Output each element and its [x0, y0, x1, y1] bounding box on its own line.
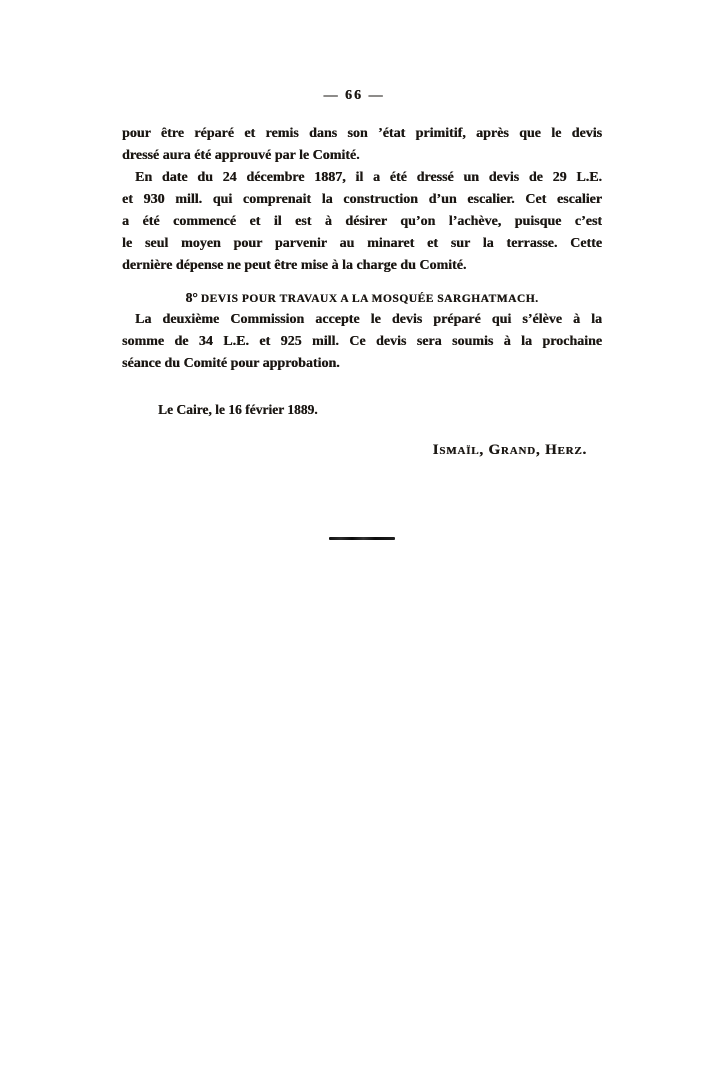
text-line: dernière dépense ne peut être mise à la …: [122, 255, 602, 277]
text-block: pour être réparé et remis dans son ’état…: [122, 123, 602, 540]
paragraph-commission: La deuxième Commission accepte le devis …: [122, 309, 602, 375]
text-line: En date du 24 décembre 1887, il a été dr…: [122, 167, 602, 189]
paragraph-continuation: pour être réparé et remis dans son ’état…: [122, 123, 602, 167]
text-line: La deuxième Commission accepte le devis …: [122, 309, 602, 331]
text-line: et 930 mill. qui comprenait la construct…: [122, 189, 602, 211]
signature-names: Ismaïl, Grand, Herz.: [122, 439, 602, 461]
section-heading: 8°DEVIS POUR TRAVAUX A LA MOSQUÉE SARGHA…: [122, 287, 602, 309]
scanned-document-page: — 66 — pour être réparé et remis dans so…: [0, 0, 720, 1082]
page-number: — 66 —: [0, 88, 708, 104]
section-heading-title: DEVIS POUR TRAVAUX A LA MOSQUÉE SARGHATM…: [201, 293, 539, 305]
dateline: Le Caire, le 16 février 1889.: [122, 399, 602, 421]
section-divider-rule: [329, 537, 395, 540]
text-line: a été commencé et il est à désirer qu’on…: [122, 211, 602, 233]
text-line: séance du Comité pour approbation.: [122, 353, 602, 375]
text-line: somme de 34 L.E. et 925 mill. Ce devis s…: [122, 331, 602, 353]
section-heading-numeral: 8°: [186, 290, 198, 305]
text-line: le seul moyen pour parvenir au minaret e…: [122, 233, 602, 255]
text-line: dressé aura été approuvé par le Comité.: [122, 145, 602, 167]
paragraph-devis-escalier: En date du 24 décembre 1887, il a été dr…: [122, 167, 602, 277]
text-line: pour être réparé et remis dans son ’état…: [122, 123, 602, 145]
